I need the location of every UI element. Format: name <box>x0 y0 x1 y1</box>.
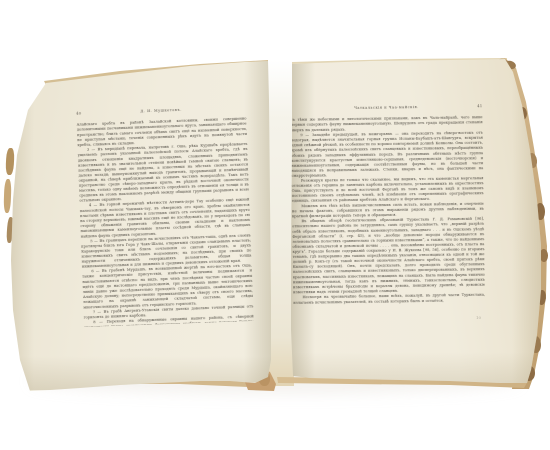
body-paragraph: Въ общемъ обзорѣ геологическихъ образова… <box>292 216 485 295</box>
body-paragraph: 9 — Западнѣе предыдущей, въ межгорьяхъ —… <box>291 130 484 178</box>
right-page-header: Чаткальскія и Чаа-майскія. 41 <box>290 104 482 112</box>
left-running-header: Д. И. Мушкетовъ. <box>91 106 230 116</box>
body-paragraph: Несмотря на чрезвычайно большое, нами вс… <box>293 292 485 305</box>
body-paragraph: Резюмируя кратко не только что сказанное… <box>291 176 483 204</box>
right-page-number: 41 <box>467 104 482 109</box>
right-running-header: Чаткальскія и Чаа-майскія. <box>306 104 467 111</box>
body-paragraph: 6 — Въ грабенѣ Мурдашъ, въ возвышенной ж… <box>82 263 253 310</box>
page-edge-spot <box>540 249 548 262</box>
left-header-spacer <box>231 108 246 109</box>
left-page-text-block: 40 Д. И. Мушкетовъ. Алайскаго хребта въ … <box>76 105 254 327</box>
left-page-number: 40 <box>76 111 92 117</box>
book-photo: 40 Д. И. Мушкетовъ. Алайскаго хребта въ … <box>0 0 550 450</box>
left-deckle-bit <box>3 179 11 213</box>
left-page-outer-shading <box>8 80 34 395</box>
signature-mark: 10 <box>476 315 481 320</box>
right-page-text-block: Чаткальскія и Чаа-майскія. 41 съ тѣми же… <box>290 104 485 325</box>
left-deckle-bit <box>5 148 14 175</box>
left-page-header: 40 Д. И. Мушкетовъ. <box>76 105 246 116</box>
body-paragraph: 3 — Въ меридіанѣ перевала, напротивъ г. … <box>77 141 249 203</box>
